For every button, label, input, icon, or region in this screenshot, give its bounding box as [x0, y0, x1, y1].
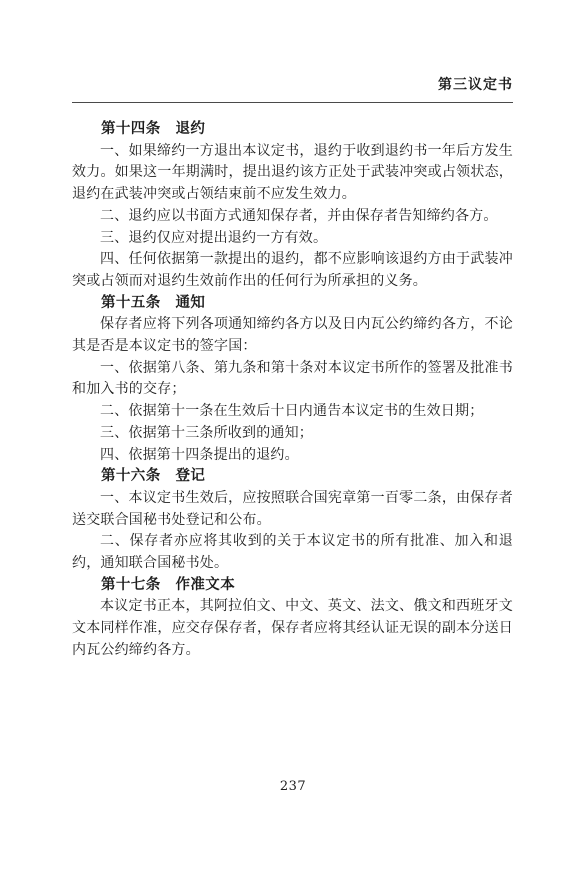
document-page: 第三议定书 第十四条 退约 一、如果缔约一方退出本议定书，退约于收到退约书一年后… — [0, 0, 586, 869]
article-14-paragraph-1: 一、如果缔约一方退出本议定书，退约于收到退约书一年后方发生效力。如果这一年期满时… — [72, 141, 513, 206]
article-heading-14: 第十四条 退约 — [72, 119, 513, 141]
article-15-paragraph-1: 保存者应将下列各项通知缔约各方以及日内瓦公约缔约各方，不论其是否是本议定书的签字… — [72, 314, 513, 357]
article-15-paragraph-2: 一、依据第八条、第九条和第十条对本议定书所作的签署及批准书和加入书的交存； — [72, 358, 513, 401]
article-14-paragraph-3: 三、退约仅应对提出退约一方有效。 — [72, 228, 513, 250]
article-heading-16: 第十六条 登记 — [72, 466, 513, 488]
article-14-paragraph-2: 二、退约应以书面方式通知保存者，并由保存者告知缔约各方。 — [72, 206, 513, 228]
article-14-paragraph-4: 四、任何依据第一款提出的退约，都不应影响该退约方由于武装冲突或占领而对退约生效前… — [72, 249, 513, 292]
article-15-paragraph-5: 四、依据第十四条提出的退约。 — [72, 445, 513, 467]
running-header-title: 第三议定书 — [72, 74, 513, 94]
article-16-paragraph-2: 二、保存者亦应将其收到的关于本议定书的所有批准、加入和退约，通知联合国秘书处。 — [72, 531, 513, 574]
page-number: 237 — [0, 779, 586, 794]
article-17-paragraph-1: 本议定书正本，其阿拉伯文、中文、英文、法文、俄文和西班牙文文本同样作准，应交存保… — [72, 596, 513, 661]
header-rule — [72, 102, 513, 103]
article-16-paragraph-1: 一、本议定书生效后，应按照联合国宪章第一百零二条，由保存者送交联合国秘书处登记和… — [72, 488, 513, 531]
article-heading-17: 第十七条 作准文本 — [72, 575, 513, 597]
article-15-paragraph-3: 二、依据第十一条在生效后十日内通告本议定书的生效日期； — [72, 401, 513, 423]
article-heading-15: 第十五条 通知 — [72, 293, 513, 315]
document-body: 第十四条 退约 一、如果缔约一方退出本议定书，退约于收到退约书一年后方发生效力。… — [72, 119, 513, 662]
article-15-paragraph-4: 三、依据第十三条所收到的通知； — [72, 423, 513, 445]
